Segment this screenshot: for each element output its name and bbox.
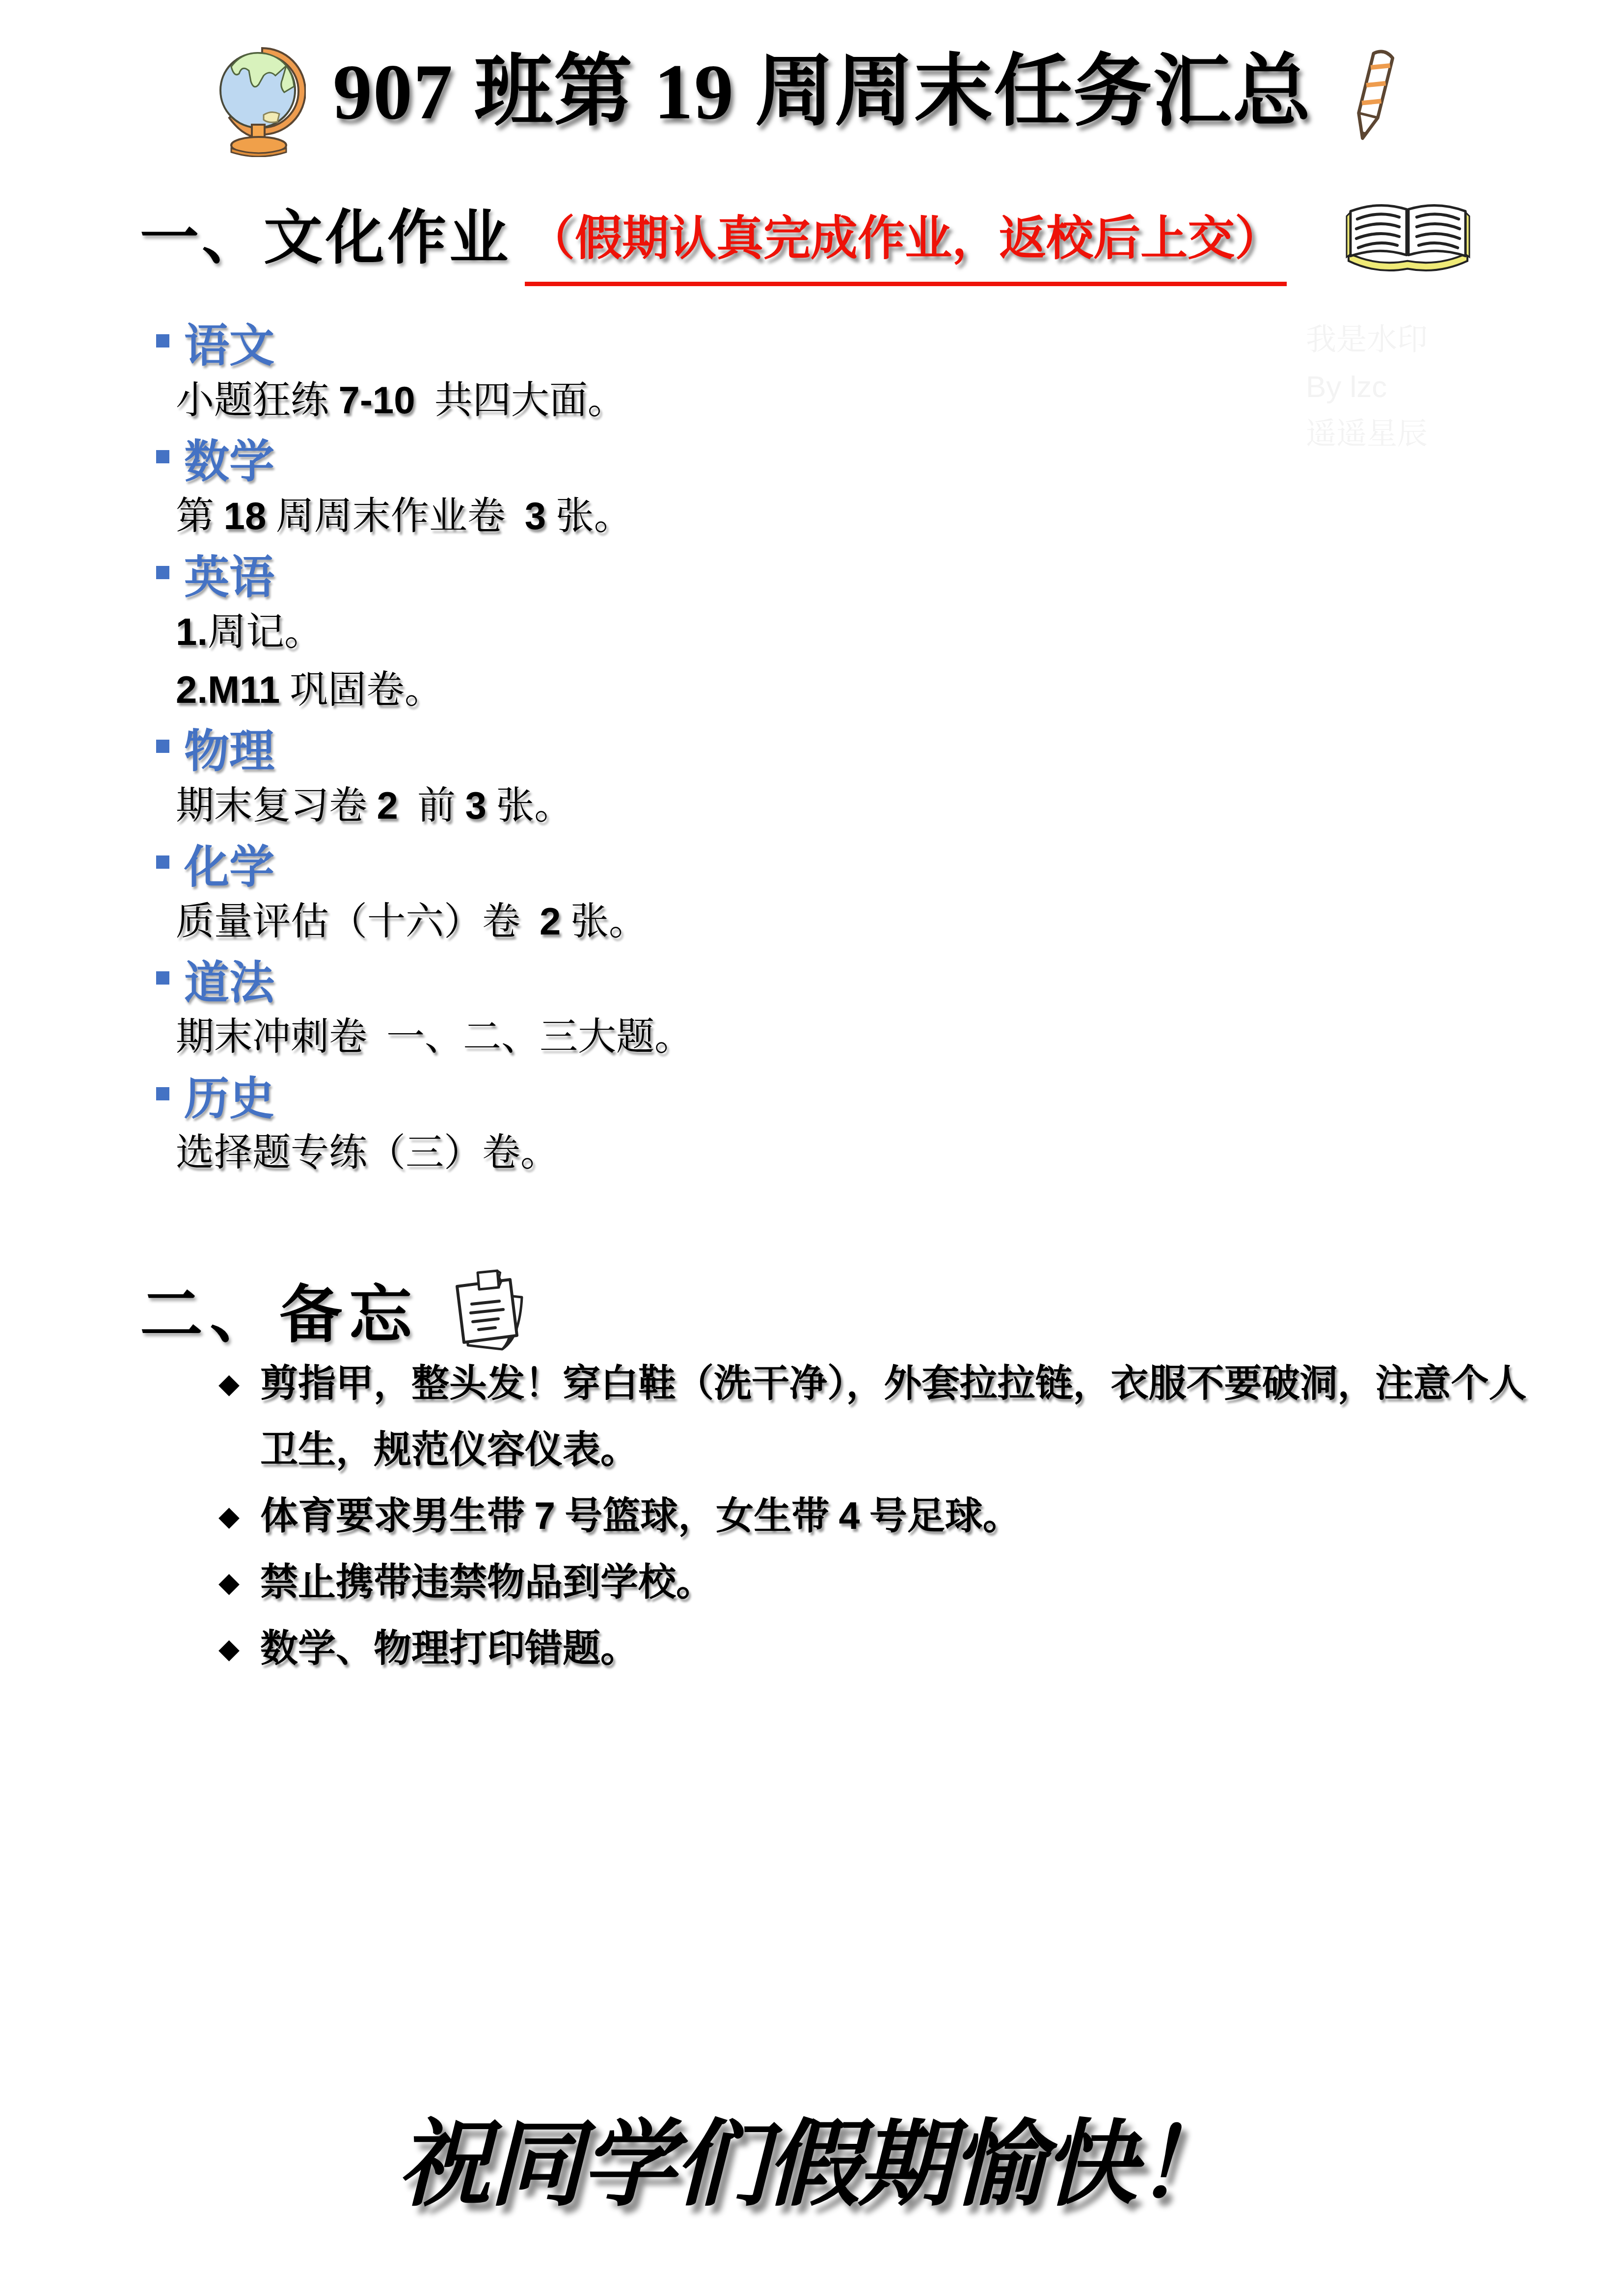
subject-task: 期末冲刺卷 一、二、三大题。 bbox=[156, 1008, 693, 1066]
section2-header: 二、备忘 bbox=[140, 1266, 531, 1364]
subject-task: 期末复习卷 2 前 3 张。 bbox=[156, 776, 693, 834]
subject-task: 小题狂练 7-10 共四大面。 bbox=[156, 371, 693, 429]
watermark: 我是水印 By lzc 遥遥星辰 bbox=[1306, 317, 1428, 458]
memo-item: ◆ 剪指甲，整头发！穿白鞋（洗干净），外套拉拉链，衣服不要破洞，注意个人卫生，规… bbox=[218, 1351, 1527, 1483]
diamond-bullet: ◆ bbox=[218, 1616, 243, 1682]
watermark-line: By lzc bbox=[1306, 364, 1428, 411]
diamond-bullet: ◆ bbox=[218, 1483, 243, 1549]
subject-name-physics: 物理 bbox=[156, 719, 693, 776]
memo-list: ◆ 剪指甲，整头发！穿白鞋（洗干净），外套拉拉链，衣服不要破洞，注意个人卫生，规… bbox=[218, 1351, 1527, 1682]
subject-task: 第 18 周周末作业卷 3 张。 bbox=[156, 487, 693, 545]
blue-square-bullet bbox=[156, 740, 169, 753]
watermark-line: 我是水印 bbox=[1306, 317, 1428, 364]
blue-square-bullet bbox=[156, 566, 169, 579]
memo-item: ◆ 数学、物理打印错题。 bbox=[218, 1616, 1527, 1682]
memo-text: 禁止携带违禁物品到学校。 bbox=[260, 1549, 1527, 1616]
notepad-icon bbox=[447, 1268, 531, 1359]
blue-square-bullet bbox=[156, 855, 169, 869]
subject-name-chinese: 语文 bbox=[156, 313, 693, 371]
diamond-bullet: ◆ bbox=[218, 1549, 243, 1616]
subject-task: 1.周记。 bbox=[156, 603, 693, 661]
blue-square-bullet bbox=[156, 1087, 169, 1100]
document-page: 907 班第 19 周周末任务汇总 一、文化作业 （假期认真完成作业，返校后上交… bbox=[0, 0, 1624, 2296]
memo-text: 剪指甲，整头发！穿白鞋（洗干净），外套拉拉链，衣服不要破洞，注意个人卫生，规范仪… bbox=[260, 1351, 1527, 1483]
globe-icon bbox=[217, 45, 306, 157]
subject-name-history: 历史 bbox=[156, 1066, 693, 1124]
blue-square-bullet bbox=[156, 450, 169, 463]
subject-list: 语文 小题狂练 7-10 共四大面。 数学 第 18 周周末作业卷 3 张。 英… bbox=[156, 313, 693, 1182]
subject-name-math: 数学 bbox=[156, 429, 693, 487]
memo-item: ◆ 禁止携带违禁物品到学校。 bbox=[218, 1549, 1527, 1616]
section2-heading: 二、备忘 bbox=[140, 1266, 419, 1364]
watermark-line: 遥遥星辰 bbox=[1306, 411, 1428, 458]
pencil-icon bbox=[1328, 40, 1418, 152]
section1-header: 一、文化作业 （假期认真完成作业，返校后上交） bbox=[140, 195, 1471, 286]
memo-item: ◆ 体育要求男生带 7 号篮球，女生带 4 号足球。 bbox=[218, 1483, 1527, 1549]
page-title: 907 班第 19 周周末任务汇总 bbox=[333, 39, 1312, 145]
open-book-icon bbox=[1345, 196, 1471, 279]
blue-square-bullet bbox=[156, 334, 169, 347]
diamond-bullet: ◆ bbox=[218, 1351, 243, 1483]
subject-name-chemistry: 化学 bbox=[156, 834, 693, 892]
section1-heading: 一、文化作业 bbox=[140, 195, 511, 281]
memo-text: 数学、物理打印错题。 bbox=[260, 1616, 1527, 1682]
blue-square-bullet bbox=[156, 971, 169, 985]
subject-name-morality-law: 道法 bbox=[156, 950, 693, 1008]
subject-task: 2.M11 巩固卷。 bbox=[156, 661, 693, 719]
footer-greeting: 祝同学们假期愉快！ bbox=[0, 2088, 1624, 2224]
subject-task: 选择题专练（三）卷。 bbox=[156, 1124, 693, 1182]
memo-text: 体育要求男生带 7 号篮球，女生带 4 号足球。 bbox=[260, 1483, 1527, 1549]
subject-task: 质量评估（十六）卷 2 张。 bbox=[156, 892, 693, 950]
section1-red-note: （假期认真完成作业，返校后上交） bbox=[525, 204, 1287, 286]
title-row: 907 班第 19 周周末任务汇总 bbox=[0, 39, 1624, 157]
subject-name-english: 英语 bbox=[156, 545, 693, 603]
